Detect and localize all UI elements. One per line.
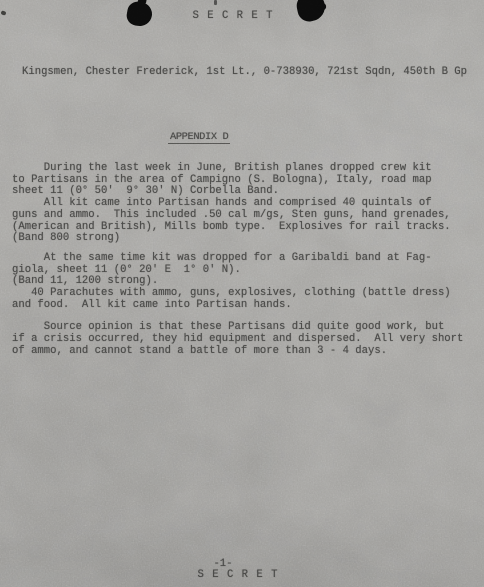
typed-line: 40 Parachutes with ammo, guns, explosive… (12, 288, 474, 300)
typed-line: and food. All kit came into Partisan han… (12, 300, 474, 312)
paragraph-parachutes: 40 Parachutes with ammo, guns, explosive… (12, 288, 474, 311)
classification-banner-top: S E C R E T (0, 10, 475, 22)
typed-line: At the same time kit was dropped for a G… (12, 253, 474, 265)
typed-line: (Band 800 strong) (12, 233, 474, 245)
paragraph-kit-contents: All kit came into Partisan hands and com… (12, 198, 474, 245)
appendix-title: APPENDIX D (168, 131, 230, 144)
document-body: During the last week in June, British pl… (12, 163, 474, 358)
scan-speck (214, 0, 217, 5)
classification-banner-bottom: S E C R E T (0, 569, 480, 581)
paragraph-supply-drop: During the last week in June, British pl… (12, 163, 474, 198)
paragraph-garibaldi-band: At the same time kit was dropped for a G… (12, 253, 474, 288)
typed-line: of ammo, and cannot stand a battle of mo… (12, 346, 474, 358)
typed-line: During the last week in June, British pl… (12, 163, 474, 175)
paragraph-source-opinion: Source opinion is that these Partisans d… (12, 322, 474, 357)
officer-id-line: Kingsmen, Chester Frederick, 1st Lt., 0-… (22, 66, 467, 78)
typed-line: guns and ammo. This included .50 cal m/g… (12, 210, 474, 222)
scanned-document-page: S E C R E T Kingsmen, Chester Frederick,… (0, 0, 484, 587)
